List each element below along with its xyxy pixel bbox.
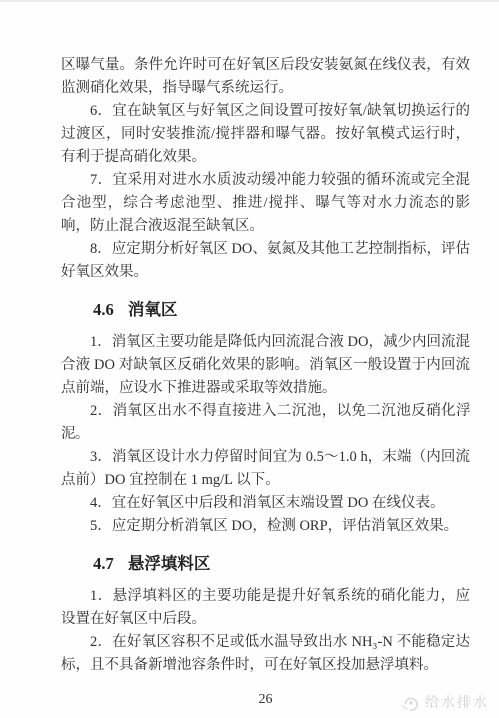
watermark-text: 给水排水 [425, 692, 489, 712]
body-paragraph-item-1: 1．悬浮填料区的主要功能是提升好氧系统的硝化能力，应设置在好氧区中后段。 [61, 585, 470, 631]
body-paragraph-item-2: 2．在好氧区容积不足或低水温导致出水 NH₃-N 不能稳定达标，且不具备新增池容… [61, 631, 470, 677]
section-heading-4-6: 4.6 消氧区 [61, 298, 470, 322]
body-paragraph-continuation: 区曝气量。条件允许时可在好氧区后段安装氨氮在线仪表，有效监测硝化效果，指导曝气系… [61, 54, 470, 100]
section-number: 4.7 [93, 554, 114, 573]
body-paragraph-item-3: 3．消氧区设计水力停留时间宜为 0.5～1.0 h，末端（内回流点前）DO 宜控… [61, 446, 470, 492]
body-paragraph-item-7: 7．宜采用对进水水质波动缓冲能力较强的循环流或完全混合池型，综合考虑池型、推进/… [61, 169, 470, 238]
body-paragraph-item-6: 6．宜在缺氧区与好氧区之间设置可按好氧/缺氧切换运行的过渡区，同时安装推流/搅拌… [61, 100, 470, 169]
body-paragraph-item-8: 8．应定期分析好氧区 DO、氨氮及其他工艺控制指标，评估好氧区效果。 [61, 238, 470, 284]
watermark: 给水排水 [401, 692, 489, 712]
section-heading-4-7: 4.7 悬浮填料区 [61, 552, 470, 576]
document-page: 区曝气量。条件允许时可在好氧区后段安装氨氮在线仪表，有效监测硝化效果，指导曝气系… [0, 0, 499, 718]
water-swirl-logo-icon [401, 693, 421, 711]
document-body: 区曝气量。条件允许时可在好氧区后段安装氨氮在线仪表，有效监测硝化效果，指导曝气系… [61, 54, 470, 711]
body-paragraph-item-2: 2．消氧区出水不得直接进入二沉池，以免二沉池反硝化浮泥。 [61, 400, 470, 446]
section-number: 4.6 [93, 300, 114, 319]
body-paragraph-item-1: 1．消氧区主要功能是降低内回流混合液 DO，减少内回流混合液 DO 对缺氧区反硝… [61, 331, 470, 400]
section-title: 悬浮填料区 [128, 554, 211, 573]
body-paragraph-item-4: 4．宜在好氧区中后段和消氧区末端设置 DO 在线仪表。 [61, 492, 470, 515]
section-title: 消氧区 [128, 300, 178, 319]
body-paragraph-item-5: 5．应定期分析消氧区 DO，检测 ORP，评估消氧区效果。 [61, 515, 470, 538]
